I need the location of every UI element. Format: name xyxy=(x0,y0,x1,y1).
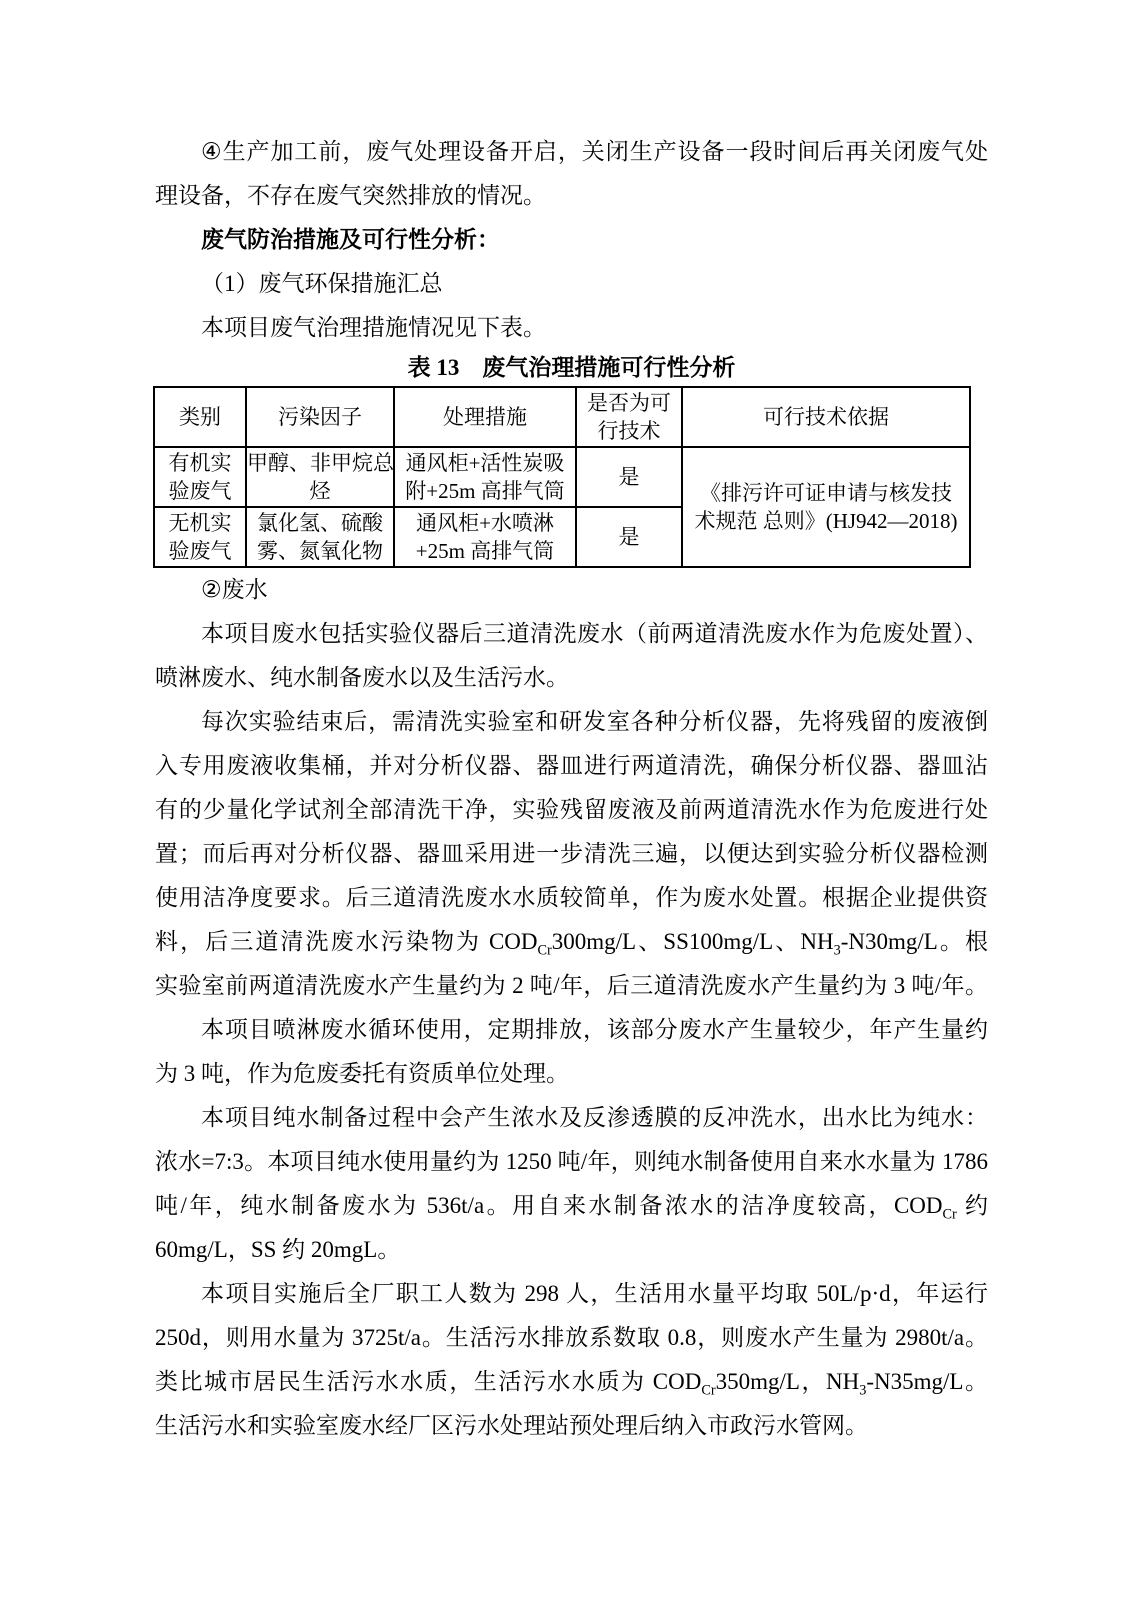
text-line: 理设备，不存在废气突然排放的情况。 xyxy=(155,174,988,218)
cell-text: 行技术 xyxy=(577,417,681,445)
post-table-text: ②废水本项目废水包括实验仪器后三道清洗废水（前两道清洗废水作为危废处置）、喷淋废… xyxy=(155,568,988,1448)
treatment-measures-table: 类别污染因子处理措施是否为可行技术可行技术依据有机实验废气甲醇、非甲烷总烃通风柜… xyxy=(153,386,971,568)
text-line: 生活污水和实验室废水经厂区污水处理站预处理后纳入市政污水管网。 xyxy=(155,1404,988,1448)
text-line: 本项目废水包括实验仪器后三道清洗废水（前两道清洗废水作为危废处置）、 xyxy=(155,612,988,656)
cell-text: 验废气 xyxy=(155,537,245,565)
text-line: 250d，则用水量为 3725t/a。生活污水排放系数取 0.8，则废水产生量为… xyxy=(155,1316,988,1360)
table-cell: 甲醇、非甲烷总烃 xyxy=(246,447,394,507)
text-line: 本项目废气治理措施情况见下表。 xyxy=(155,306,988,350)
cell-text: 无机实 xyxy=(155,509,245,537)
text-line: （1）废气环保措施汇总 xyxy=(155,262,988,306)
cell-text: 氯化氢、硫酸 xyxy=(247,509,393,537)
subscript: Cr xyxy=(701,1383,715,1399)
cell-text: 类别 xyxy=(155,403,245,431)
text-line: 有的少量化学试剂全部清洗干净，实验残留废液及前两道清洗水作为危废进行处 xyxy=(155,788,988,832)
cell-text: 验废气 xyxy=(155,477,245,505)
pre-table-text: ④生产加工前，废气处理设备开启，关闭生产设备一段时间后再关闭废气处理设备，不存在… xyxy=(155,130,988,350)
cell-text: 通风柜+活性炭吸 xyxy=(395,449,575,477)
table-cell: 氯化氢、硫酸雾、氮氧化物 xyxy=(246,507,394,567)
text-line: ②废水 xyxy=(155,568,988,612)
cell-text: 是 xyxy=(577,463,681,491)
table-cell: 是 xyxy=(576,507,682,567)
cell-text: 附+25m 高排气筒 xyxy=(395,477,575,505)
text-line: 置；而后再对分析仪器、器皿采用进一步清洗三遍，以便达到实验分析仪器检测 xyxy=(155,832,988,876)
text-line: 使用洁净度要求。后三道清洗废水水质较简单，作为废水处置。根据企业提供资 xyxy=(155,876,988,920)
table-header-row: 类别污染因子处理措施是否为可行技术可行技术依据 xyxy=(154,387,970,447)
table-row: 有机实验废气甲醇、非甲烷总烃通风柜+活性炭吸附+25m 高排气筒是《排污许可证申… xyxy=(154,447,970,507)
cell-text: 术规范 总则》(HJ942—2018) xyxy=(683,507,969,535)
text-line: 为 3 吨，作为危废委托有资质单位处理。 xyxy=(155,1052,988,1096)
cell-text: 通风柜+水喷淋 xyxy=(395,509,575,537)
text-line: 本项目纯水制备过程中会产生浓水及反渗透膜的反冲洗水，出水比为纯水： xyxy=(155,1096,988,1140)
table-header-cell: 处理措施 xyxy=(394,387,576,447)
table-header-cell: 污染因子 xyxy=(246,387,394,447)
cell-text: +25m 高排气筒 xyxy=(395,537,575,565)
table-cell: 通风柜+水喷淋+25m 高排气筒 xyxy=(394,507,576,567)
text-line: 入专用废液收集桶，并对分析仪器、器皿进行两道清洗，确保分析仪器、器皿沾 xyxy=(155,744,988,788)
subscript: Cr xyxy=(943,1207,957,1223)
document-page: ④生产加工前，废气处理设备开启，关闭生产设备一段时间后再关闭废气处理设备，不存在… xyxy=(0,0,1131,1600)
cell-text: 是否为可 xyxy=(577,389,681,417)
cell-text: 污染因子 xyxy=(247,403,393,431)
text-line: 浓水=7:3。本项目纯水使用量约为 1250 吨/年，则纯水制备使用自来水水量为… xyxy=(155,1140,988,1184)
cell-text: 处理措施 xyxy=(395,403,575,431)
table-cell: 无机实验废气 xyxy=(154,507,246,567)
text-line: 类比城市居民生活污水水质，生活污水水质为 CODCr350mg/L，NH3-N3… xyxy=(155,1360,988,1404)
page-content: ④生产加工前，废气处理设备开启，关闭生产设备一段时间后再关闭废气处理设备，不存在… xyxy=(155,130,988,1448)
table-cell: 有机实验废气 xyxy=(154,447,246,507)
table-header-cell: 是否为可行技术 xyxy=(576,387,682,447)
text-line: 喷淋废水、纯水制备废水以及生活污水。 xyxy=(155,656,988,700)
text-line: 60mg/L，SS 约 20mgL。 xyxy=(155,1228,988,1272)
text-line: 吨/年，纯水制备废水为 536t/a。用自来水制备浓水的洁净度较高，CODCr … xyxy=(155,1184,988,1228)
subscript: 3 xyxy=(834,943,841,959)
subscript: Cr xyxy=(538,943,552,959)
section-heading: 废气防治措施及可行性分析： xyxy=(155,218,988,262)
text-line: 本项目实施后全厂职工人数为 298 人，生活用水量平均取 50L/p·d，年运行 xyxy=(155,1272,988,1316)
cell-text: 可行技术依据 xyxy=(683,403,969,431)
cell-text: 有机实 xyxy=(155,449,245,477)
table-cell: 通风柜+活性炭吸附+25m 高排气筒 xyxy=(394,447,576,507)
cell-text: 甲醇、非甲烷总 xyxy=(247,449,393,477)
table-header-cell: 类别 xyxy=(154,387,246,447)
table-title: 表 13 废气治理措施可行性分析 xyxy=(155,350,988,386)
text-line: 本项目喷淋废水循环使用，定期排放，该部分废水产生量较少，年产生量约 xyxy=(155,1008,988,1052)
text-line: 每次实验结束后，需清洗实验室和研发室各种分析仪器，先将残留的废液倒 xyxy=(155,700,988,744)
table-cell: 是 xyxy=(576,447,682,507)
text-line: 料，后三道清洗废水污染物为 CODCr300mg/L、SS100mg/L、NH3… xyxy=(155,920,988,964)
cell-text: 烃 xyxy=(247,477,393,505)
cell-text: 是 xyxy=(577,523,681,551)
basis-cell: 《排污许可证申请与核发技术规范 总则》(HJ942—2018) xyxy=(682,447,970,567)
subscript: 3 xyxy=(859,1383,866,1399)
text-line: 实验室前两道清洗废水产生量约为 2 吨/年，后三道清洗废水产生量约为 3 吨/年… xyxy=(155,964,988,1008)
cell-text: 雾、氮氧化物 xyxy=(247,537,393,565)
text-line: ④生产加工前，废气处理设备开启，关闭生产设备一段时间后再关闭废气处 xyxy=(155,130,988,174)
table-header-cell: 可行技术依据 xyxy=(682,387,970,447)
cell-text: 《排污许可证申请与核发技 xyxy=(683,479,969,507)
